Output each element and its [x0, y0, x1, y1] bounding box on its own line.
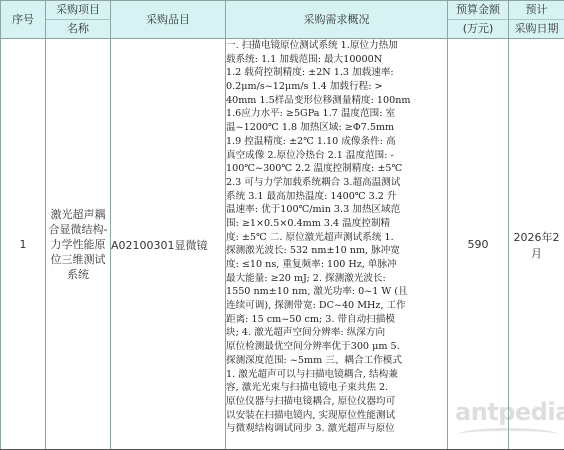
description-line: 1.9 控温精度: ±2℃ 1.10 成像条件: 高 [226, 135, 447, 149]
cell-budget: 590 [448, 39, 509, 450]
project-name-line: 合显微结构- [46, 222, 110, 237]
description-line: 100℃~300℃ 2.2 温度控制精度: ±5℃ [226, 162, 447, 176]
header-budget-top: 预算金额 [448, 1, 509, 20]
cell-index: 1 [1, 39, 46, 450]
cell-project-name: 激光超声耦 合显微结构- 力学性能原 位三维测试 系统 [46, 39, 111, 450]
description-line: 与微观结构调试同步 3. 激光超声与原位 [226, 422, 447, 436]
description-line: 温~1200℃ 1.8 加热区域: ≥Φ7.5mm [226, 121, 447, 135]
description-line: 2.3 可与力学加载系统耦合 3.超高温测试 [226, 176, 447, 190]
description-line: 以安装在扫描电镜内, 实现原位性能测试 [226, 409, 447, 423]
description-line: 度: ≤10 ns, 重复频率: 100 Hz, 单脉冲 [226, 258, 447, 272]
project-name-line: 位三维测试 [46, 252, 110, 267]
description-line: 1. 激光超声可以与扫描电镜耦合, 结构兼 [226, 368, 447, 382]
watermark-swoosh-icon [458, 428, 558, 441]
description-line: 一. 扫描电镜原位测试系统 1.原位力热加 [226, 39, 447, 53]
project-name-line: 激光超声耦 [46, 207, 110, 222]
header-date-bottom: 采购日期 [509, 20, 564, 39]
table-row: 1 激光超声耦 合显微结构- 力学性能原 位三维测试 系统 A02100301显… [1, 39, 564, 450]
header-budget-bottom: (万元) [448, 20, 509, 39]
header-description: 采购需求概况 [226, 1, 448, 39]
description-line: 探测深度范围: ~5mm 三、耦合工作模式 [226, 354, 447, 368]
header-project-bottom: 名称 [46, 20, 111, 39]
description-line: 原位检测最优空间分辨率优于300 μm 5. [226, 340, 447, 354]
header-index: 序号 [1, 1, 46, 39]
description-line: 容, 激光光束与扫描电镜电子束共焦 2. [226, 381, 447, 395]
description-line: 连续可调), 探测带宽: DC~40 MHz, 工作 [226, 299, 447, 313]
watermark-logo: antpedia [455, 398, 564, 426]
header-project-top: 采购项目 [46, 1, 111, 20]
description-line: 40mm 1.5样品变形位移测量精度: 100nm [226, 94, 447, 108]
description-line: 系统 3.1 最高加热温度: 1400℃ 3.2 升 [226, 190, 447, 204]
description-line: 1550 nm±10 nm, 激光功率: 0~1 W (且 [226, 285, 447, 299]
description-line: 1.2 载荷控制精度: ±2N 1.3 加载速率: [226, 66, 447, 80]
cell-date: 2026年2月 [509, 39, 564, 450]
project-name-line: 力学性能原 [46, 237, 110, 252]
description-line: 原位仪器与扫描电镜耦合, 原位仪器均可 [226, 395, 447, 409]
description-line: 1.6应力水平: ≥5GPa 1.7 温度范围: 室 [226, 107, 447, 121]
description-line: 0.2μm/s~12μm/s 1.4 加载行程: > [226, 80, 447, 94]
cell-item: A02100301显微镜 [111, 39, 226, 450]
description-line: 最大能量: ≥20 mJ; 2. 探测激光波长: [226, 272, 447, 286]
description-line: 块; 4. 激光超声空间分辨率: 纵深方向 [226, 326, 447, 340]
procurement-table: 序号 采购项目 采购品目 采购需求概况 预算金额 预计 名称 (万元) 采购日期… [0, 0, 564, 450]
description-line: 载系统: 1.1 加载范围: 最大10000N [226, 53, 447, 67]
header-item: 采购品目 [111, 1, 226, 39]
description-line: 围: ≥1×0.5×0.4mm 3.4 温度控制精 [226, 217, 447, 231]
description-line: 真空成像 2.原位冷热台 2.1 温度范围: - [226, 149, 447, 163]
description-line: 度: ±5℃ 二. 原位激光超声测试系统 1. [226, 231, 447, 245]
description-line: 距离: 15 cm~50 cm; 3. 带自动扫描模 [226, 313, 447, 327]
description-line: 探测激光波长: 532 nm±10 nm, 脉冲宽 [226, 244, 447, 258]
project-name-line: 系统 [46, 267, 110, 282]
header-date-top: 预计 [509, 1, 564, 20]
description-line: 温速率: 优于100℃/min 3.3 加热区域范 [226, 203, 447, 217]
cell-description: 一. 扫描电镜原位测试系统 1.原位力热加 载系统: 1.1 加载范围: 最大1… [226, 39, 448, 450]
